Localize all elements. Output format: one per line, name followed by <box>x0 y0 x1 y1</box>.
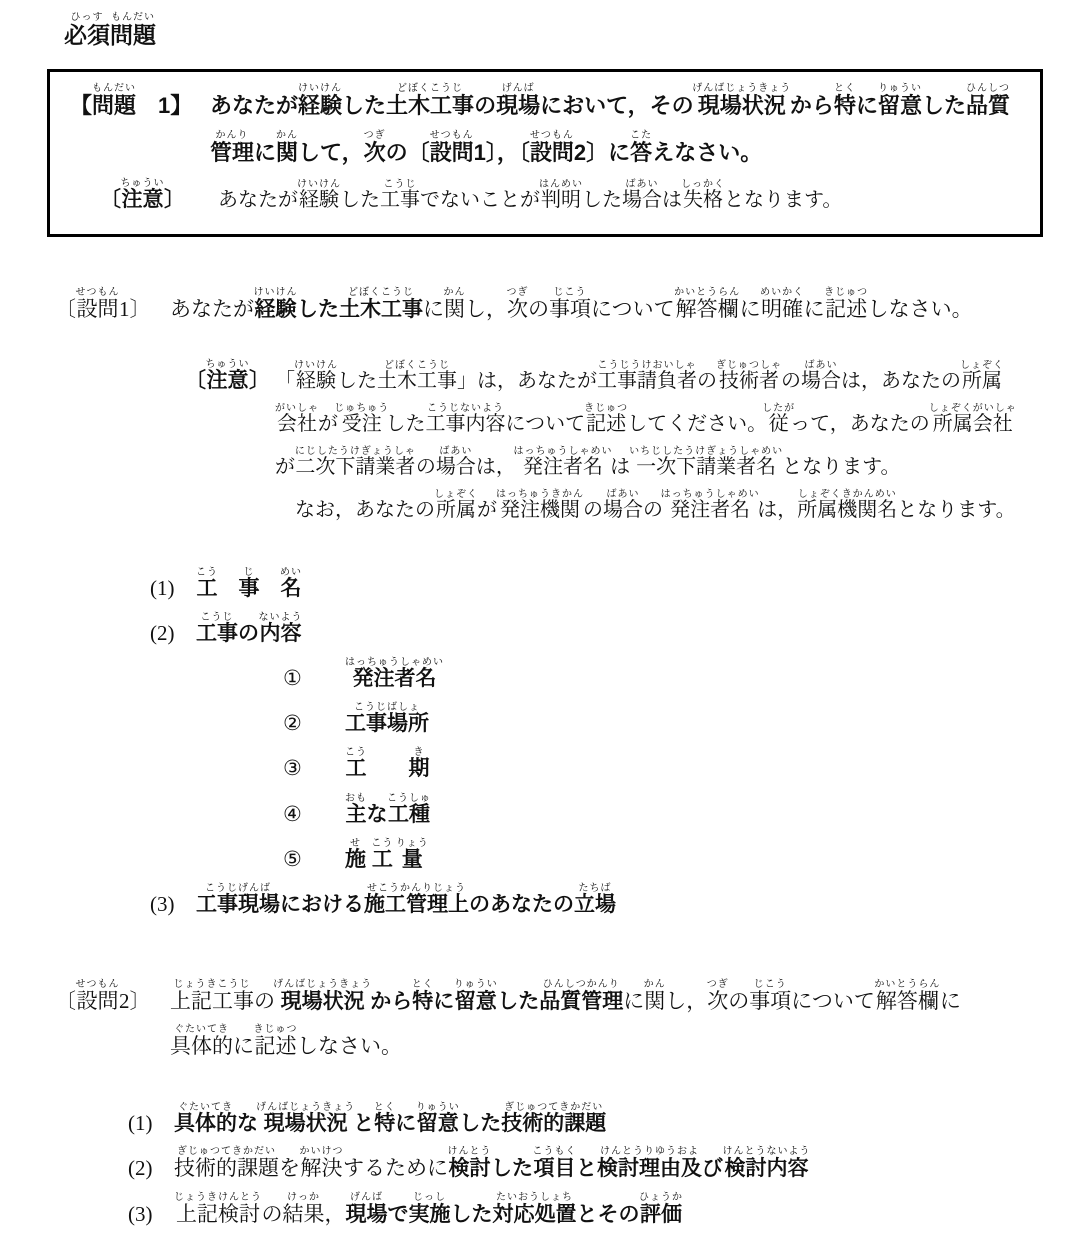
item-number: ③ <box>283 746 345 791</box>
item-text: 施せ 工こう 量りょう <box>345 837 1090 882</box>
text-run: に <box>940 989 961 1013</box>
ruby-word: 従したが <box>767 413 790 435</box>
text-run: に <box>623 989 644 1013</box>
ruby-word: 立場たちば <box>574 893 616 916</box>
ruby-word: 検討けんとう <box>448 1157 491 1180</box>
item-text: 工事場所こうじばしょ <box>345 701 1090 746</box>
text-run: の <box>781 370 801 392</box>
text-run: 〔 <box>185 369 206 392</box>
ruby-word: 設問せつもん <box>76 989 119 1013</box>
question1-notice: 〔注意ちゅうい〕 「経験けいけんした土木工事どぼくこうじ」は，あなたが工事請負者… <box>185 358 1090 532</box>
ruby-word: 検討理由及けんとうりゆうおよ <box>597 1157 702 1180</box>
ruby-word: 工こう <box>196 577 218 600</box>
ruby-word: 場合ばあい <box>622 189 662 211</box>
text-run: に <box>395 1112 416 1135</box>
list-item: (3)工事現場こうじげんばにおける施工管理上せこうかんりじょうのあなたの立場たち… <box>150 882 1090 927</box>
text-run: の <box>254 989 275 1013</box>
notice-label: 〔注意ちゅうい〕 <box>185 358 275 403</box>
text-run: な <box>237 1112 258 1135</box>
text-run: に <box>423 297 444 321</box>
ruby-word: 検討内容けんとうないよう <box>723 1157 811 1180</box>
list-item: ②工事場所こうじばしょ <box>283 701 1090 746</box>
text-run: に <box>233 1034 254 1058</box>
text-run: において，その <box>540 93 694 118</box>
ruby-word: 発注者名はっちゅうしゃめい <box>345 667 444 690</box>
text-run: した <box>386 413 426 435</box>
ruby-word: 工事こうじ <box>380 189 420 211</box>
ruby-word: 留意りゅうい <box>454 990 497 1013</box>
ruby-word: 解答欄かいとうらん <box>875 989 940 1013</box>
text-run: 1〕，〔 <box>474 140 530 165</box>
text-run: した <box>922 93 966 118</box>
text-run: した <box>342 93 386 118</box>
text-run: び <box>702 1157 723 1180</box>
item-text: 工こう 事じ 名めい <box>196 566 1090 611</box>
ruby-word: 項目こうもく <box>533 1157 576 1180</box>
text-run: の <box>528 297 549 321</box>
ruby-word: 明確めいかく <box>761 297 804 321</box>
ruby-word: 土木工事どぼくこうじ <box>386 93 474 118</box>
text-run: となります。 <box>782 456 900 478</box>
ruby-word: 施工管理上せこうかんりじょう <box>364 893 469 916</box>
ruby-word: 土木工事どぼくこうじ <box>339 298 423 321</box>
ruby-word: 工こう <box>345 757 367 780</box>
text-run: となります。 <box>724 189 842 211</box>
ruby-word: 記述きじゅつ <box>585 413 627 435</box>
ruby-word: 名めい <box>281 577 303 600</box>
ruby-word: 工種こうしゅ <box>388 803 432 826</box>
ruby-word: 対応処置たいおうしょち <box>493 1203 577 1226</box>
text-run: 」は，あなたが <box>457 370 597 392</box>
ruby-word: 工事内容こうじないよう <box>426 413 506 435</box>
text-run: した <box>459 1112 501 1135</box>
ruby-word: 期き <box>409 757 430 780</box>
text-run: 【 <box>70 93 92 118</box>
ruby-word: 工事こうじ <box>196 622 238 645</box>
ruby-word: 二次下請業者にじしたうけぎょうしゃ <box>295 456 416 478</box>
text-run <box>260 577 281 600</box>
text-run: 「 <box>275 370 295 392</box>
text-run: 1〕 <box>119 297 151 321</box>
text-run: から <box>790 93 834 118</box>
notice-paragraph-1: 「経験けいけんした土木工事どぼくこうじ」は，あなたが工事請負者こうじうけおいしゃ… <box>275 360 1090 489</box>
text-run: とその <box>577 1203 640 1226</box>
text-run: に <box>254 140 276 165</box>
ruby-word: 解答欄かいとうらん <box>675 297 740 321</box>
list-item: ⑤施せ 工こう 量りょう <box>283 837 1090 882</box>
ruby-word: 注意ちゅうい <box>206 369 249 392</box>
list-item: ③工こう 期き <box>283 746 1090 791</box>
item-number: (2) <box>128 1146 174 1191</box>
text-run: は， <box>476 456 516 478</box>
text-run: は，あなたの <box>841 370 961 392</box>
ruby-word: 解決かいけつ <box>300 1156 343 1180</box>
text-run: あなたが <box>170 297 254 321</box>
text-run: について <box>591 297 675 321</box>
text-run: って，あなたの <box>790 413 930 435</box>
ruby-word: 経験けいけん <box>295 370 337 392</box>
ruby-word: 所属しょぞく <box>961 370 1004 392</box>
ruby-word: 具体的ぐたいてき <box>174 1112 237 1135</box>
list-item: (2)技術的課題ぎじゅつてきかだいを解決かいけつするために検討けんとうした項目こ… <box>128 1146 1090 1191</box>
text-run: と <box>353 1112 374 1135</box>
text-run <box>367 757 409 780</box>
ruby-word: 経験けいけん <box>298 93 342 118</box>
text-run: な <box>367 803 388 826</box>
item-text: 工事現場こうじげんばにおける施工管理上せこうかんりじょうのあなたの立場たちば <box>196 882 1090 927</box>
ruby-word: 現場げんば <box>346 1203 388 1226</box>
ruby-word: 内容ないよう <box>259 622 303 645</box>
ruby-word: 技術的課題ぎじゅつてきかだい <box>174 1156 279 1180</box>
text-run: えなさい。 <box>652 140 762 165</box>
text-run: を <box>279 1156 300 1180</box>
ruby-word: 量りょう <box>399 848 429 871</box>
ruby-word: 実施じっし <box>409 1203 451 1226</box>
item-text: 技術的課題ぎじゅつてきかだいを解決かいけつするために検討けんとうした項目こうもく… <box>174 1146 1090 1191</box>
ruby-word: 事項じこう <box>549 297 591 321</box>
notice-paragraph-2: なお，あなたの所属しょぞくが発注機関はっちゅうきかんの場合ばあいの発注者名はっち… <box>275 489 1090 532</box>
ruby-word: 現場状況げんばじょうきょう <box>694 93 790 118</box>
ruby-word: 関かん <box>644 989 665 1013</box>
text-run: の <box>262 1202 283 1226</box>
ruby-word: 経験けいけん <box>254 298 297 321</box>
text-run: しなさい。 <box>297 1034 402 1058</box>
ruby-word: 工こう <box>372 848 393 871</box>
ruby-word: 所属会社しょぞくがいしゃ <box>930 413 1017 435</box>
text-run: の <box>416 456 436 478</box>
text-run: ， <box>325 1202 346 1226</box>
question1-label: 〔設問せつもん1〕 <box>55 287 170 332</box>
text-run: 〔 <box>55 989 76 1013</box>
text-run: が <box>477 499 497 521</box>
ruby-word: 特とく <box>834 93 856 118</box>
list-item: ④主おもな工種こうしゅ <box>283 792 1090 837</box>
ruby-word: 経験けいけん <box>298 189 340 211</box>
ruby-word: 技術的課題ぎじゅつてきかだい <box>501 1112 606 1135</box>
ruby-word: 問題もんだい <box>110 22 156 48</box>
item-text: 上記検討じょうきけんとうの結果けっか，現場げんばで実施じっしした対応処置たいおう… <box>174 1192 1090 1237</box>
text-run: 〔 <box>100 188 121 211</box>
text-run: の〔 <box>386 140 430 165</box>
ruby-word: 留意りゅうい <box>878 93 922 118</box>
page-title: 必須ひっす問題もんだい <box>64 12 1090 59</box>
item-number: ② <box>283 701 345 746</box>
ruby-word: 受注じゅちゅう <box>338 413 386 435</box>
ruby-word: 現場げんば <box>496 93 540 118</box>
ruby-word: 次つぎ <box>364 140 386 165</box>
text-run: するために <box>343 1156 448 1180</box>
ruby-word: 判明はんめい <box>540 189 582 211</box>
ruby-word: 特とく <box>374 1112 395 1135</box>
ruby-word: 留意りゅうい <box>416 1112 459 1135</box>
text-run: 1】 <box>136 93 192 118</box>
text-run: に <box>740 297 761 321</box>
text-run: に <box>804 297 825 321</box>
ruby-word: 場合ばあい <box>436 456 476 478</box>
ruby-word: 現場状況げんばじょうきょう <box>258 1112 353 1135</box>
item-number: (3) <box>128 1192 174 1237</box>
text-run: した <box>582 189 622 211</box>
text-run: した <box>297 298 339 321</box>
ruby-word: 場合ばあい <box>603 499 643 521</box>
ruby-word: 記述きじゅつ <box>254 1034 297 1058</box>
ruby-word: 具体的ぐたいてき <box>170 1034 233 1058</box>
exam-page: { "doc": { "heading": [ {"t":"必須","r":"ひ… <box>0 0 1090 1258</box>
ruby-word: 設問せつもん <box>530 140 574 165</box>
ruby-word: 必須ひっす <box>64 22 110 48</box>
ruby-word: 場合ばあい <box>801 370 841 392</box>
text-run: してください。 <box>627 413 767 435</box>
text-run: した <box>340 189 380 211</box>
text-run: 2〕 <box>119 989 151 1013</box>
text-run: と <box>576 1157 597 1180</box>
item-text: 具体的ぐたいてきな現場状況げんばじょうきょうと特とくに留意りゅういした技術的課題… <box>174 1101 1090 1146</box>
text-run: あなたが <box>210 93 298 118</box>
list-item: (1)工こう 事じ 名めい <box>150 566 1090 611</box>
text-run: した <box>497 990 539 1013</box>
text-run: の <box>697 370 717 392</box>
text-run: の <box>728 989 749 1013</box>
item-text: 工事こうじの内容ないよう <box>196 611 1090 656</box>
question2-row: 〔設問せつもん2〕 上記工事じょうきこうじの現場状況げんばじょうきょうから特とく… <box>55 979 1090 1069</box>
item-number: ① <box>283 656 345 701</box>
text-run: で <box>388 1203 409 1226</box>
text-run: なお，あなたの <box>295 499 435 521</box>
text-run: でないことが <box>420 189 540 211</box>
ruby-word: 答こた <box>630 140 652 165</box>
ruby-word: 発注者名はっちゅうしゃめい <box>663 499 757 521</box>
question1-text: あなたが経験けいけんした土木工事どぼくこうじに関かんし，次つぎの事項じこうについ… <box>170 287 1090 332</box>
question2-text: 上記工事じょうきこうじの現場状況げんばじょうきょうから特とくに留意りゅういした品… <box>170 979 1090 1069</box>
ruby-word: 設問せつもん <box>76 297 119 321</box>
ruby-word: 管理かんり <box>210 140 254 165</box>
item-number: ④ <box>283 792 345 837</box>
text-run: の <box>583 499 603 521</box>
ruby-word: 技術者ぎじゅつしゃ <box>717 370 781 392</box>
notice-text: 「経験けいけんした土木工事どぼくこうじ」は，あなたが工事請負者こうじうけおいしゃ… <box>275 360 1090 532</box>
item-number: (1) <box>150 566 196 611</box>
ruby-word: 上記検討じょうきけんとう <box>174 1202 262 1226</box>
list-item: (1)具体的ぐたいてきな現場状況げんばじょうきょうと特とくに留意りゅういした技術… <box>128 1101 1090 1146</box>
ruby-word: 次つぎ <box>707 989 728 1013</box>
ruby-word: 次つぎ <box>507 297 528 321</box>
ruby-word: 品質管理ひんしつかんり <box>539 990 623 1013</box>
text-run: について <box>791 989 875 1013</box>
problem-number-label: 【問題もんだい 1】 <box>70 82 210 129</box>
text-run: は <box>610 456 630 478</box>
text-run: における <box>280 893 364 916</box>
ruby-word: 上記工事じょうきこうじ <box>170 989 254 1013</box>
ruby-word: 事じ <box>239 577 260 600</box>
item-text: 工こう 期き <box>345 746 1090 791</box>
ruby-word: 記述きじゅつ <box>825 297 868 321</box>
text-run: について <box>506 413 586 435</box>
question2-label: 〔設問せつもん2〕 <box>55 979 170 1024</box>
text-run: し， <box>665 989 707 1013</box>
list-item: (2)工事こうじの内容ないよう <box>150 611 1090 656</box>
text-run: の <box>474 93 496 118</box>
ruby-word: 現場状況げんばじょうきょう <box>275 990 370 1013</box>
problem-statement: 【問題もんだい 1】 あなたが経験けいけんした土木工事どぼくこうじの現場げんばに… <box>70 82 1020 177</box>
text-run: 〕 <box>249 369 270 392</box>
ruby-word: 事項じこう <box>749 989 791 1013</box>
ruby-word: 工事場所こうじばしょ <box>345 712 429 735</box>
item-number: (1) <box>128 1101 174 1146</box>
text-run: して， <box>298 140 364 165</box>
notice-text: あなたが経験けいけんした工事こうじでないことが判明はんめいした場合ばあいは失格し… <box>218 179 1020 222</box>
ruby-word: 発注機関はっちゅうきかん <box>497 499 583 521</box>
list-item: (3)上記検討じょうきけんとうの結果けっか，現場げんばで実施じっしした対応処置た… <box>128 1192 1090 1237</box>
item-number: ⑤ <box>283 837 345 882</box>
problem-box: 【問題もんだい 1】 あなたが経験けいけんした土木工事どぼくこうじの現場げんばに… <box>47 69 1043 237</box>
text-run: 〔 <box>55 297 76 321</box>
text-run: となります。 <box>897 499 1015 521</box>
ruby-word: 発注者名はっちゅうしゃめい <box>516 456 610 478</box>
text-run: し， <box>465 297 507 321</box>
question2-item-list: (1)具体的ぐたいてきな現場状況げんばじょうきょうと特とくに留意りゅういした技術… <box>128 1101 1090 1236</box>
text-run: から <box>370 990 412 1013</box>
text-run: の <box>643 499 663 521</box>
ruby-word: 主おも <box>345 803 367 826</box>
ruby-word: 品質ひんしつ <box>966 93 1010 118</box>
item-text: 主おもな工種こうしゅ <box>345 792 1090 837</box>
problem-notice: 〔注意ちゅうい〕 あなたが経験けいけんした工事こうじでないことが判明はんめいした… <box>100 177 1020 222</box>
text-run: に <box>433 990 454 1013</box>
question1-item-list: (1)工こう 事じ 名めい(2)工事こうじの内容ないよう①発注者名はっちゅうしゃ… <box>150 566 1090 927</box>
ruby-word: 関かん <box>444 297 465 321</box>
text-run: は， <box>757 499 797 521</box>
ruby-word: 関かん <box>276 140 298 165</box>
ruby-word: 設問せつもん <box>430 140 474 165</box>
text-run: の <box>238 622 259 645</box>
text-run: した <box>451 1203 493 1226</box>
ruby-word: 土木工事どぼくこうじ <box>377 370 457 392</box>
ruby-word: 工事請負者こうじうけおいしゃ <box>597 370 697 392</box>
text-run: が <box>275 456 295 478</box>
list-item: ①発注者名はっちゅうしゃめい <box>283 656 1090 701</box>
ruby-word: 一次下請業者名いちじしたうけぎょうしゃめい <box>630 456 782 478</box>
ruby-word: 所属機関名しょぞくきかんめい <box>797 499 897 521</box>
ruby-word: 失格しっかく <box>682 189 724 211</box>
ruby-word: 特とく <box>412 990 433 1013</box>
text-run: 〕 <box>164 188 185 211</box>
ruby-word: 注意ちゅうい <box>121 188 164 211</box>
item-number: (2) <box>150 611 196 656</box>
item-number: (3) <box>150 882 196 927</box>
question1-row: 〔設問せつもん1〕 あなたが経験けいけんした土木工事どぼくこうじに関かんし，次つ… <box>55 287 1090 332</box>
text-run: した <box>491 1157 533 1180</box>
problem-statement-text: あなたが経験けいけんした土木工事どぼくこうじの現場げんばにおいて，その現場状況げ… <box>210 82 1020 177</box>
text-run: は <box>662 189 682 211</box>
item-text: 発注者名はっちゅうしゃめい <box>345 656 1090 701</box>
text-run: 2〕に <box>574 140 630 165</box>
ruby-word: 施せ <box>345 848 366 871</box>
text-run: した <box>337 370 377 392</box>
ruby-word: 工事現場こうじげんば <box>196 893 280 916</box>
ruby-word: 結果けっか <box>283 1202 325 1226</box>
ruby-word: 所属しょぞく <box>435 499 477 521</box>
ruby-word: 会社がいしゃ <box>275 413 318 435</box>
text-run: しなさい。 <box>868 297 973 321</box>
text-run: に <box>856 93 878 118</box>
ruby-word: 問題もんだい <box>92 93 136 118</box>
text-run <box>218 577 239 600</box>
ruby-word: 評価ひょうか <box>640 1203 684 1226</box>
text-run: のあなたの <box>469 893 574 916</box>
notice-label: 〔注意ちゅうい〕 <box>100 177 218 222</box>
text-run: あなたが <box>218 189 298 211</box>
